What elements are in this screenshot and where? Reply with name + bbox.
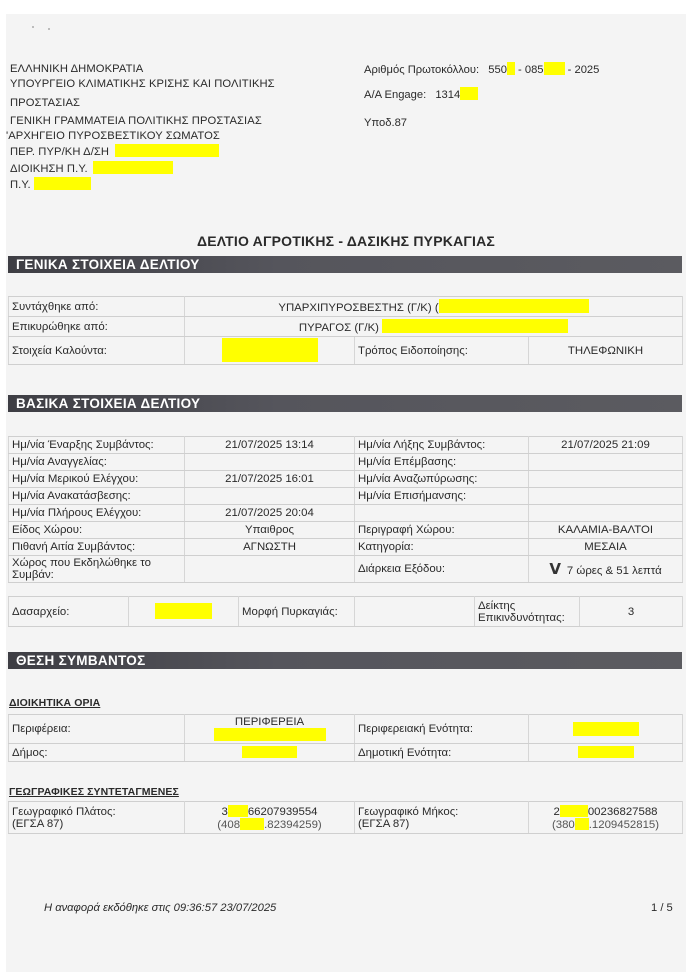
geo-coords-heading: ΓΕΩΓΡΑΦΙΚΕΣ ΣΥΝΤΕΤΑΓΜΕΝΕΣ <box>9 786 179 798</box>
table-row: Είδος Χώρου:ΥπαιθροςΠεριγραφή Χώρου:ΚΑΛΑ… <box>9 522 683 539</box>
compiled-by-value: ΥΠΑΡΧΙΠΥΡΟΣΒΕΣΤΗΣ (Γ/Κ) ( <box>185 297 683 317</box>
redaction <box>382 319 568 333</box>
redaction <box>115 144 219 157</box>
left-value: 21/07/2025 13:14 <box>185 437 355 454</box>
fire-form-label: Μορφή Πυρκαγιάς: <box>239 597 355 627</box>
py-label: Π.Υ. <box>10 179 31 191</box>
issuer-line: ΥΠΟΥΡΓΕΙΟ ΚΛΙΜΑΤΙΚΗΣ ΚΡΙΣΗΣ ΚΑΙ ΠΟΛΙΤΙΚΗ… <box>10 77 275 92</box>
section-basic: ΒΑΣΙΚΑ ΣΤΟΙΧΕΙΑ ΔΕΛΤΙΟΥ <box>8 395 682 412</box>
handwritten-check-icon: V <box>549 560 561 578</box>
lon-part: (380 <box>552 819 575 831</box>
latitude-projected: (408.82394259) <box>188 818 351 831</box>
caller-value <box>185 337 355 365</box>
region-text: ΠΕΡΙΦΕΡΕΙΑ <box>188 716 351 728</box>
danger-value: 3 <box>580 597 683 627</box>
redaction <box>228 805 248 817</box>
left-value: ΑΓΝΩΣΤΗ <box>185 539 355 556</box>
latitude-value: 366207939554 (408.82394259) <box>185 802 355 834</box>
redaction <box>34 177 91 190</box>
ypod: Υποδ.87 <box>364 117 599 142</box>
per-pyr-line: ΠΕΡ. ΠΥΡ/ΚΗ Δ/ΣΗ <box>10 144 275 160</box>
latitude-label-line: Γεωγραφικό Πλάτος: <box>12 806 181 818</box>
caller-label: Στοιχεία Καλούντα: <box>9 337 185 365</box>
protocol-part: - 085 <box>515 64 544 76</box>
municipality-label: Δήμος: <box>9 744 185 762</box>
redaction <box>578 746 634 758</box>
redaction <box>560 805 588 817</box>
forestry-label: Δασαρχείο: <box>9 597 129 627</box>
left-label: Πιθανή Αιτία Συμβάντος: <box>9 539 185 556</box>
scan-speck <box>32 26 34 28</box>
protocol-number: Αριθμός Πρωτοκόλλου: 550 - 085 - 2025 <box>364 62 599 87</box>
redaction <box>544 62 565 75</box>
py-line: Π.Υ. <box>10 177 275 193</box>
left-value <box>185 488 355 505</box>
longitude-degrees: 200236827588 <box>532 805 679 818</box>
left-value: Υπαιθρος <box>185 522 355 539</box>
scan-speck <box>48 28 50 30</box>
geo-table: Γεωγραφικό Πλάτος: (ΕΓΣΑ 87) 36620793955… <box>8 801 683 834</box>
section-location: ΘΕΣΗ ΣΥΜΒΑΝΤΟΣ <box>8 652 682 669</box>
engage-label: Α/Α Engage: <box>364 89 426 101</box>
regional-unit-label: Περιφερειακή Ενότητα: <box>355 715 529 744</box>
duration-value: V7 ώρες & 51 λεπτά <box>529 556 683 583</box>
redaction <box>222 338 318 362</box>
danger-label: Δείκτης Επικινδυνότητας: <box>475 597 580 627</box>
left-label: Ημ/νία Πλήρους Ελέγχου: <box>9 505 185 522</box>
issuer-line: ΓΕΝΙΚΗ ΓΡΑΜΜΑΤΕΙΑ ΠΟΛΙΤΙΚΗΣ ΠΡΟΣΤΑΣΙΑΣ <box>10 114 275 129</box>
latitude-datum: (ΕΓΣΑ 87) <box>12 818 181 830</box>
place-value <box>185 556 355 583</box>
dioikisi-label: ΔΙΟΙΚΗΣΗ Π.Υ. <box>10 163 88 175</box>
left-label: Ημ/νία Αναγγελίας: <box>9 454 185 471</box>
document-page: ΕΛΛΗΝΙΚΗ ΔΗΜΟΚΡΑΤΙΑ ΥΠΟΥΡΓΕΙΟ ΚΛΙΜΑΤΙΚΗΣ… <box>6 14 686 972</box>
right-value: ΜΕΣΑΙΑ <box>529 539 683 556</box>
issued-timestamp: Η αναφορά εκδόθηκε στις 09:36:57 23/07/2… <box>44 902 276 914</box>
table-row: Επικυρώθηκε από: ΠΥΡΑΓΟΣ (Γ/Κ) <box>9 317 683 337</box>
issuer-block: ΕΛΛΗΝΙΚΗ ΔΗΜΟΚΡΑΤΙΑ ΥΠΟΥΡΓΕΙΟ ΚΛΙΜΑΤΙΚΗΣ… <box>10 62 275 193</box>
left-value: 21/07/2025 20:04 <box>185 505 355 522</box>
section-general: ΓΕΝΙΚΑ ΣΤΟΙΧΕΙΑ ΔΕΛΤΙΟΥ <box>8 256 682 273</box>
redaction <box>573 722 639 736</box>
redaction <box>242 746 297 758</box>
protocol-block: Αριθμός Πρωτοκόλλου: 550 - 085 - 2025 Α/… <box>364 62 599 142</box>
basic-table-2: Δασαρχείο: Μορφή Πυρκαγιάς: Δείκτης Επικ… <box>8 596 683 627</box>
page-number: 1 / 5 <box>651 902 673 914</box>
right-label: Ημ/νία Λήξης Συμβάντος: <box>355 437 529 454</box>
right-value: ΚΑΛΑΜΙΑ-ΒΑΛΤΟΙ <box>529 522 683 539</box>
issuer-line: ΕΛΛΗΝΙΚΗ ΔΗΜΟΚΡΑΤΙΑ <box>10 62 275 77</box>
redaction <box>93 161 173 174</box>
municipality-value <box>185 744 355 762</box>
admin-table: Περιφέρεια: ΠΕΡΙΦΕΡΕΙΑ Περιφερειακή Ενότ… <box>8 714 683 762</box>
approved-by-label: Επικυρώθηκε από: <box>9 317 185 337</box>
duration-label: Διάρκεια Εξόδου: <box>355 556 529 583</box>
issuer-line: 'ΑΡΧΗΓΕΙΟ ΠΥΡΟΣΒΕΣΤΙΚΟΥ ΣΩΜΑΤΟΣ <box>6 129 275 144</box>
fire-form-value <box>355 597 475 627</box>
region-value: ΠΕΡΙΦΕΡΕΙΑ <box>185 715 355 744</box>
table-row: Δασαρχείο: Μορφή Πυρκαγιάς: Δείκτης Επικ… <box>9 597 683 627</box>
table-row: Ημ/νία Έναρξης Συμβάντος:21/07/2025 13:1… <box>9 437 683 454</box>
lon-part: .1209452815) <box>589 819 659 831</box>
left-value <box>185 454 355 471</box>
forestry-value <box>129 597 239 627</box>
engage-number: Α/Α Engage: 1314 <box>364 87 599 112</box>
table-row: Συντάχθηκε από: ΥΠΑΡΧΙΠΥΡΟΣΒΕΣΤΗΣ (Γ/Κ) … <box>9 297 683 317</box>
notify-value: ΤΗΛΕΦΩΝΙΚΗ <box>529 337 683 365</box>
table-row: Περιφέρεια: ΠΕΡΙΦΕΡΕΙΑ Περιφερειακή Ενότ… <box>9 715 683 744</box>
right-label: Κατηγορία: <box>355 539 529 556</box>
left-value: 21/07/2025 16:01 <box>185 471 355 488</box>
right-value <box>529 488 683 505</box>
municipal-unit-label: Δημοτική Ενότητα: <box>355 744 529 762</box>
compiled-by-text: ΥΠΑΡΧΙΠΥΡΟΣΒΕΣΤΗΣ (Γ/Κ) ( <box>278 302 438 314</box>
longitude-value: 200236827588 (380.1209452815) <box>529 802 683 834</box>
engage-value: 1314 <box>435 89 460 101</box>
region-label: Περιφέρεια: <box>9 715 185 744</box>
longitude-datum: (ΕΓΣΑ 87) <box>358 818 525 830</box>
regional-unit-value <box>529 715 683 744</box>
protocol-label: Αριθμός Πρωτοκόλλου: <box>364 64 479 76</box>
redaction <box>155 603 212 619</box>
table-row: Ημ/νία Πλήρους Ελέγχου:21/07/2025 20:04 <box>9 505 683 522</box>
issuer-line: ΠΡΟΣΤΑΣΙΑΣ <box>10 96 275 111</box>
right-value <box>529 454 683 471</box>
lat-part: .82394259) <box>264 819 322 831</box>
longitude-label: Γεωγραφικό Μήκος: (ΕΓΣΑ 87) <box>355 802 529 834</box>
right-label <box>355 505 529 522</box>
left-label: Είδος Χώρου: <box>9 522 185 539</box>
right-label: Ημ/νία Αναζωπύρωσης: <box>355 471 529 488</box>
right-value <box>529 505 683 522</box>
table-row: Πιθανή Αιτία Συμβάντος:ΑΓΝΩΣΤΗΚατηγορία:… <box>9 539 683 556</box>
table-row: Ημ/νία Αναγγελίας:Ημ/νία Επέμβασης: <box>9 454 683 471</box>
approved-by-text: ΠΥΡΑΓΟΣ (Γ/Κ) <box>299 322 379 334</box>
basic-table: Ημ/νία Έναρξης Συμβάντος:21/07/2025 13:1… <box>8 436 683 583</box>
longitude-label-line: Γεωγραφικό Μήκος: <box>358 806 525 818</box>
lat-part: 66207939554 <box>248 806 318 818</box>
notify-label: Τρόπος Ειδοποίησης: <box>355 337 529 365</box>
table-row: Ημ/νία Μερικού Ελέγχου:21/07/2025 16:01Η… <box>9 471 683 488</box>
latitude-degrees: 366207939554 <box>188 805 351 818</box>
per-pyr-label: ΠΕΡ. ΠΥΡ/ΚΗ Δ/ΣΗ <box>10 146 109 158</box>
redaction <box>460 87 478 100</box>
left-label: Ημ/νία Έναρξης Συμβάντος: <box>9 437 185 454</box>
protocol-part: - 2025 <box>565 64 600 76</box>
table-row: Δήμος: Δημοτική Ενότητα: <box>9 744 683 762</box>
protocol-part: 550 <box>488 64 507 76</box>
table-row: Χώρος που Εκδηλώθηκε το Συμβάν: Διάρκεια… <box>9 556 683 583</box>
general-table: Συντάχθηκε από: ΥΠΑΡΧΙΠΥΡΟΣΒΕΣΤΗΣ (Γ/Κ) … <box>8 296 683 365</box>
right-value <box>529 471 683 488</box>
redaction <box>439 299 589 313</box>
duration-text: 7 ώρες & 51 λεπτά <box>567 565 662 577</box>
redaction <box>214 728 326 741</box>
redaction <box>507 62 515 75</box>
compiled-by-label: Συντάχθηκε από: <box>9 297 185 317</box>
table-row: Γεωγραφικό Πλάτος: (ΕΓΣΑ 87) 36620793955… <box>9 802 683 834</box>
admin-bounds-heading: ΔΙΟΙΚΗΤΙΚΑ ΟΡΙΑ <box>9 697 100 709</box>
lon-part: 00236827588 <box>588 806 658 818</box>
redaction <box>575 818 589 830</box>
municipal-unit-value <box>529 744 683 762</box>
right-value: 21/07/2025 21:09 <box>529 437 683 454</box>
longitude-projected: (380.1209452815) <box>532 818 679 831</box>
left-label: Ημ/νία Ανακατάσβεσης: <box>9 488 185 505</box>
table-row: Στοιχεία Καλούντα: Τρόπος Ειδοποίησης: Τ… <box>9 337 683 365</box>
approved-by-value: ΠΥΡΑΓΟΣ (Γ/Κ) <box>185 317 683 337</box>
dioikisi-line: ΔΙΟΙΚΗΣΗ Π.Υ. <box>10 161 275 177</box>
right-label: Περιγραφή Χώρου: <box>355 522 529 539</box>
table-row: Ημ/νία Ανακατάσβεσης:Ημ/νία Επισήμανσης: <box>9 488 683 505</box>
left-label: Ημ/νία Μερικού Ελέγχου: <box>9 471 185 488</box>
document-title: ΔΕΛΤΙΟ ΑΓΡΟΤΙΚΗΣ - ΔΑΣΙΚΗΣ ΠΥΡΚΑΓΙΑΣ <box>6 233 686 249</box>
place-label: Χώρος που Εκδηλώθηκε το Συμβάν: <box>9 556 185 583</box>
lat-part: (408 <box>217 819 240 831</box>
right-label: Ημ/νία Επισήμανσης: <box>355 488 529 505</box>
right-label: Ημ/νία Επέμβασης: <box>355 454 529 471</box>
latitude-label: Γεωγραφικό Πλάτος: (ΕΓΣΑ 87) <box>9 802 185 834</box>
redaction <box>240 818 264 830</box>
